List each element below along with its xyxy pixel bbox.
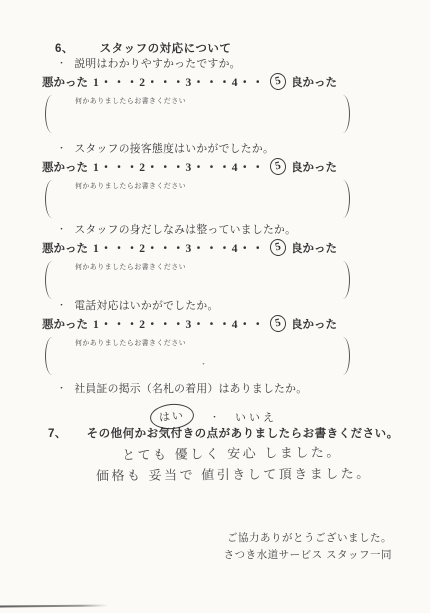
comment-box: 何かありましたらお書きください bbox=[45, 261, 350, 299]
scale-high-label: 良かった bbox=[291, 74, 337, 90]
bullet-icon: ・ bbox=[57, 381, 66, 394]
comment-box: 何かありましたらお書きください bbox=[45, 95, 350, 133]
question-text: スタッフの接客態度はいかがでしたか。 bbox=[74, 143, 274, 155]
comment-hint-label: 何かありましたらお書きください bbox=[75, 338, 332, 348]
circled-rating: 5 bbox=[268, 157, 287, 177]
scale-steps: 1・・・2・・・3・・・4・・ bbox=[93, 159, 265, 175]
footer-signature: さつき水道サービス スタッフ一同 bbox=[0, 547, 392, 564]
scale-high-label: 良かった bbox=[291, 240, 337, 256]
comment-box: 何かありましたらお書きください ・ bbox=[45, 337, 350, 375]
section-6-number: 6、 bbox=[55, 40, 74, 56]
comment-hint-label: 何かありましたらお書きください bbox=[75, 181, 332, 191]
footer-thanks: ご協力ありがとうございました。 bbox=[0, 530, 392, 547]
scale-high-label: 良かった bbox=[291, 159, 337, 175]
circled-rating: 5 bbox=[268, 238, 287, 258]
comment-value: ・ bbox=[75, 357, 332, 370]
scale-steps: 1・・・2・・・3・・・4・・ bbox=[93, 240, 265, 256]
bracket-left-icon bbox=[45, 337, 59, 375]
rating-scale: 悪かった 1・・・2・・・3・・・4・・ 5 良かった bbox=[42, 315, 430, 332]
question-line: ・説明はわかりやすかったですか。 bbox=[57, 56, 430, 71]
survey-page: 6、 スタッフの対応について ・説明はわかりやすかったですか。 悪かった 1・・… bbox=[0, 0, 430, 613]
question-line: ・スタッフの身だしなみは整っていましたか。 bbox=[57, 222, 430, 237]
comment-area: 何かありましたらお書きください bbox=[59, 180, 336, 218]
question-text: 説明はわかりやすかったですか。 bbox=[74, 58, 240, 70]
question-block-id-badge: ・社員証の掲示（名札の着用）はありましたか。 はい ・ いいえ bbox=[0, 381, 430, 429]
scale-low-label: 悪かった bbox=[42, 74, 88, 90]
rating-scale: 悪かった 1・・・2・・・3・・・4・・ 5 良かった bbox=[42, 73, 430, 90]
bracket-right-icon bbox=[336, 95, 350, 133]
circled-rating: 5 bbox=[268, 72, 287, 92]
no-answer: いいえ bbox=[235, 409, 277, 425]
comment-hint-label: 何かありましたらお書きください bbox=[75, 262, 332, 272]
handwritten-comment-line-2: 価格も 妥当で 値引きして頂きました。 bbox=[96, 463, 372, 484]
handwritten-comment-line-1: とても 優しく 安心 しました。 bbox=[122, 441, 342, 463]
section-6-title: スタッフの対応について bbox=[100, 43, 232, 55]
scale-steps: 1・・・2・・・3・・・4・・ bbox=[93, 74, 265, 90]
question-block-grooming: ・スタッフの身だしなみは整っていましたか。 悪かった 1・・・2・・・3・・・4… bbox=[0, 222, 430, 299]
bracket-right-icon bbox=[336, 180, 350, 218]
rating-scale: 悪かった 1・・・2・・・3・・・4・・ 5 良かった bbox=[42, 239, 430, 256]
bracket-left-icon bbox=[45, 261, 59, 299]
footer: ご協力ありがとうございました。 さつき水道サービス スタッフ一同 bbox=[0, 530, 392, 564]
scale-low-label: 悪かった bbox=[42, 240, 88, 256]
comment-area: 何かありましたらお書きください bbox=[59, 261, 336, 299]
scale-low-label: 悪かった bbox=[42, 159, 88, 175]
question-line: ・電話対応はいかがでしたか。 bbox=[57, 298, 430, 313]
bracket-left-icon bbox=[45, 95, 59, 133]
bullet-icon: ・ bbox=[57, 56, 66, 69]
bullet-icon: ・ bbox=[57, 222, 66, 235]
section-7-number: 7、 bbox=[48, 425, 67, 441]
question-text: スタッフの身だしなみは整っていましたか。 bbox=[74, 224, 296, 236]
question-block-phone-response: ・電話対応はいかがでしたか。 悪かった 1・・・2・・・3・・・4・・ 5 良か… bbox=[0, 298, 430, 375]
section-7-title: その他何かお気付きの点がありましたらお書きください。 bbox=[87, 428, 399, 440]
question-line: ・社員証の掲示（名札の着用）はありましたか。 bbox=[57, 381, 430, 396]
circled-rating: 5 bbox=[268, 314, 287, 334]
question-block-explanation: ・説明はわかりやすかったですか。 悪かった 1・・・2・・・3・・・4・・ 5 … bbox=[0, 56, 430, 133]
bracket-right-icon bbox=[336, 337, 350, 375]
bracket-left-icon bbox=[45, 180, 59, 218]
scale-steps: 1・・・2・・・3・・・4・・ bbox=[93, 316, 265, 332]
comment-area: 何かありましたらお書きください bbox=[59, 95, 336, 133]
bracket-right-icon bbox=[336, 261, 350, 299]
question-text: 電話対応はいかがでしたか。 bbox=[74, 300, 218, 312]
section-7-header: 7、 その他何かお気付きの点がありましたらお書きください。 bbox=[48, 425, 399, 441]
comment-area: 何かありましたらお書きください ・ bbox=[59, 337, 336, 375]
rating-scale: 悪かった 1・・・2・・・3・・・4・・ 5 良かった bbox=[42, 158, 430, 175]
scale-low-label: 悪かった bbox=[42, 316, 88, 332]
question-line: ・スタッフの接客態度はいかがでしたか。 bbox=[57, 141, 430, 156]
question-text: 社員証の掲示（名札の着用）はありましたか。 bbox=[74, 383, 307, 395]
answer-separator: ・ bbox=[210, 410, 219, 423]
bullet-icon: ・ bbox=[57, 141, 66, 154]
section-6-header: 6、 スタッフの対応について bbox=[55, 40, 231, 56]
question-block-service-attitude: ・スタッフの接客態度はいかがでしたか。 悪かった 1・・・2・・・3・・・4・・… bbox=[0, 141, 430, 218]
scale-high-label: 良かった bbox=[291, 316, 337, 332]
comment-box: 何かありましたらお書きください bbox=[45, 180, 350, 218]
scan-artifact-line bbox=[0, 604, 108, 606]
bullet-icon: ・ bbox=[57, 298, 66, 311]
comment-hint-label: 何かありましたらお書きください bbox=[75, 96, 332, 106]
